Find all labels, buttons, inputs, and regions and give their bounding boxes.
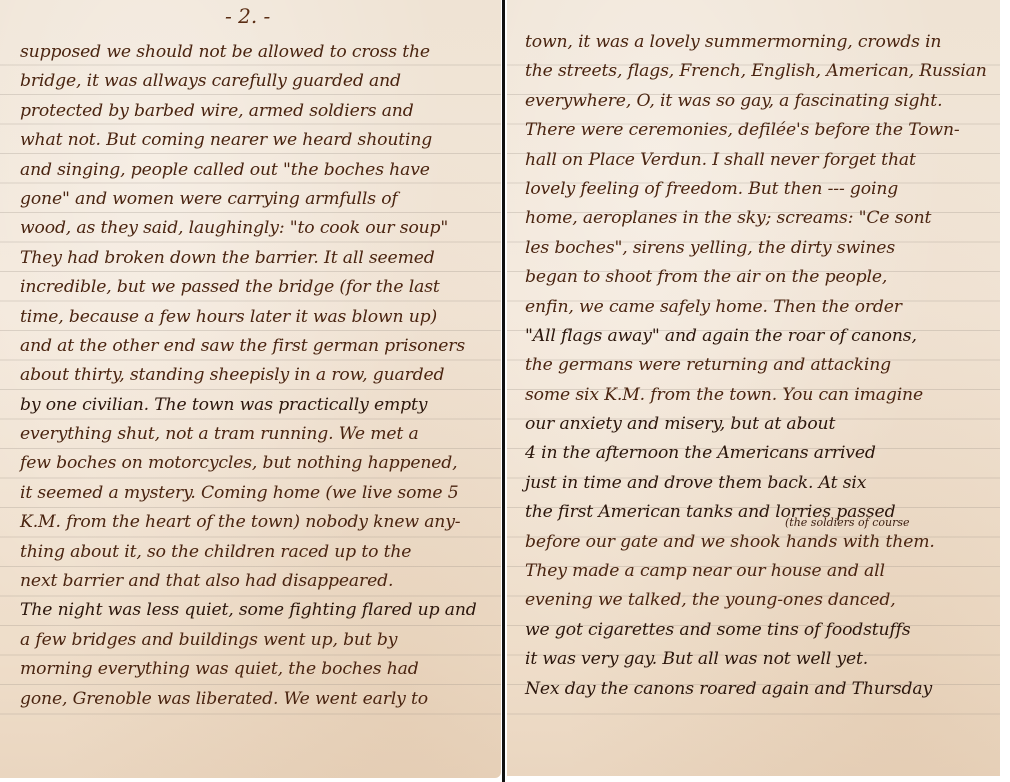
text-line: enfin, we came safely home. Then the ord… xyxy=(507,293,1000,322)
text-line: town, it was a lovely summermorning, cro… xyxy=(507,28,1000,57)
text-line: 4 in the afternoon the Americans arrived xyxy=(507,439,1000,468)
text-line: about thirty, standing sheepisly in a ro… xyxy=(0,361,501,390)
text-line: They had broken down the barrier. It all… xyxy=(0,244,501,273)
text-line: evening we talked, the young-ones danced… xyxy=(507,586,1000,615)
text-line: a few bridges and buildings went up, but… xyxy=(0,626,501,655)
text-line: bridge, it was allways carefully guarded… xyxy=(0,67,501,96)
text-line: K.M. from the heart of the town) nobody … xyxy=(0,508,501,537)
text-line: our anxiety and misery, but at about xyxy=(507,410,1000,439)
text-line: few boches on motorcycles, but nothing h… xyxy=(0,449,501,478)
text-line: hall on Place Verdun. I shall never forg… xyxy=(507,146,1000,175)
text-line: just in time and drove them back. At six xyxy=(507,469,1000,498)
text-line: They made a camp near our house and all xyxy=(507,557,1000,586)
text-line: we got cigarettes and some tins of foods… xyxy=(507,616,1000,645)
text-line: gone, Grenoble was liberated. We went ea… xyxy=(0,685,501,714)
text-line: it seemed a mystery. Coming home (we liv… xyxy=(0,479,501,508)
text-line: Nex day the canons roared again and Thur… xyxy=(507,675,1000,704)
text-line: some six K.M. from the town. You can ima… xyxy=(507,381,1000,410)
text-line: morning everything was quiet, the boches… xyxy=(0,655,501,684)
text-line: the germans were returning and attacking xyxy=(507,351,1000,380)
text-line: The night was less quiet, some fighting … xyxy=(0,596,501,625)
text-line: and singing, people called out "the boch… xyxy=(0,156,501,185)
text-line: home, aeroplanes in the sky; screams: "C… xyxy=(507,204,1000,233)
text-line: thing about it, so the children raced up… xyxy=(0,538,501,567)
text-line: and at the other end saw the first germa… xyxy=(0,332,501,361)
handwritten-text-right: town, it was a lovely summermorning, cro… xyxy=(507,28,1000,704)
text-line: les boches", sirens yelling, the dirty s… xyxy=(507,234,1000,263)
text-line: the first American tanks and lorries pas… xyxy=(507,498,1000,527)
text-line: incredible, but we passed the bridge (fo… xyxy=(0,273,501,302)
text-line: it was very gay. But all was not well ye… xyxy=(507,645,1000,674)
text-line: everywhere, O, it was so gay, a fascinat… xyxy=(507,87,1000,116)
text-line: supposed we should not be allowed to cro… xyxy=(0,38,501,67)
text-line: before our gate and we shook hands with … xyxy=(507,528,1000,557)
text-line: the streets, flags, French, English, Ame… xyxy=(507,57,1000,86)
text-line: lovely feeling of freedom. But then --- … xyxy=(507,175,1000,204)
text-line: There were ceremonies, defilée's before … xyxy=(507,116,1000,145)
text-line: "All flags away" and again the roar of c… xyxy=(507,322,1000,351)
text-line: wood, as they said, laughingly: "to cook… xyxy=(0,214,501,243)
page-number: - 2. - xyxy=(225,4,270,28)
text-line: began to shoot from the air on the peopl… xyxy=(507,263,1000,292)
letter-page-right: town, it was a lovely summermorning, cro… xyxy=(507,0,1000,776)
text-line: next barrier and that also had disappear… xyxy=(0,567,501,596)
text-line: everything shut, not a tram running. We … xyxy=(0,420,501,449)
text-line: by one civilian. The town was practicall… xyxy=(0,391,501,420)
interlinear-note: (the soldiers of course xyxy=(785,516,910,529)
text-line: gone" and women were carrying armfulls o… xyxy=(0,185,501,214)
handwritten-text-left: supposed we should not be allowed to cro… xyxy=(0,38,501,714)
letter-page-left: - 2. - supposed we should not be allowed… xyxy=(0,0,501,778)
text-line: what not. But coming nearer we heard sho… xyxy=(0,126,501,155)
text-line: time, because a few hours later it was b… xyxy=(0,303,501,332)
text-line: protected by barbed wire, armed soldiers… xyxy=(0,97,501,126)
